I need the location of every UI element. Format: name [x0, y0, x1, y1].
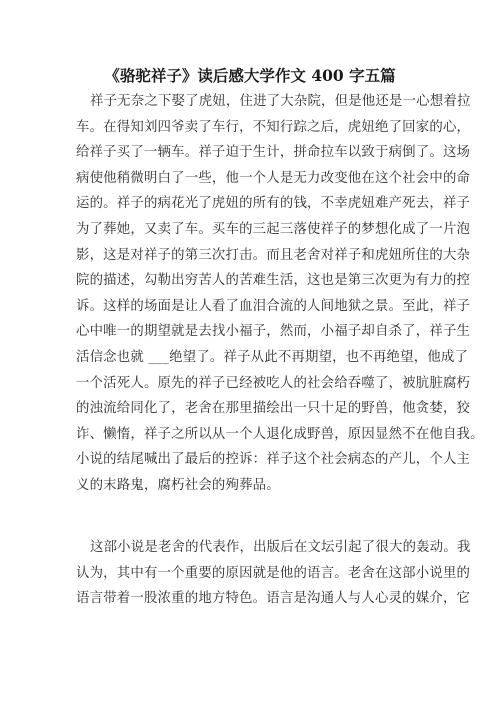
text-line: 祥子无奈之下娶了虎妞，住进了大杂院，但是他还是一心想着拉	[76, 89, 426, 115]
text-line: 义的末路鬼，腐朽社会的殉葬品。	[76, 473, 426, 499]
paragraph-1: 祥子无奈之下娶了虎妞，住进了大杂院，但是他还是一心想着拉 车。在得知刘四爷卖了车…	[76, 89, 426, 499]
text-line: 一个活死人。原先的祥子已经被吃人的社会给吞噬了，被肮脏腐朽	[76, 371, 426, 397]
text-line: 院的描述，勾勒出穷苦人的苦难生活，这也是第三次更为有力的控	[76, 268, 426, 294]
text-line: 诉。这样的场面是让人看了血泪合流的人间地狱之景。至此，祥子	[76, 294, 426, 320]
text-line: 给祥子买了一辆车。祥子迫于生计，拼命拉车以致于病倒了。这场	[76, 140, 426, 166]
text-line: 的浊流给同化了，老舍在那里描绘出一只十足的野兽，他贪婪，狡	[76, 396, 426, 422]
text-line: 病使他稍微明白了一些，他一个人是无力改变他在这个社会中的命	[76, 166, 426, 192]
document-page: 《骆驼祥子》读后感大学作文 400 字五篇 祥子无奈之下娶了虎妞，住进了大杂院，…	[0, 0, 500, 708]
text-line: 小说的结尾喊出了最后的控诉：祥子这个社会病态的产儿，个人主	[76, 447, 426, 473]
text-line: 影，这是对祥子的第三次打击。而且老舍对祥子和虎妞所住的大杂	[76, 243, 426, 269]
text-line: 诈、懒惰，祥子之所以从一个人退化成野兽，原因显然不在他自我。	[76, 422, 426, 448]
text-line: 这部小说是老舍的代表作，出版后在文坛引起了很大的轰动。我	[76, 535, 426, 561]
text-line: 为了葬她，又卖了车。买车的三起三落使祥子的梦想化成了一片泡	[76, 217, 426, 243]
text-line: 活信念也就 ___绝望了。祥子从此不再期望，也不再绝望，他成了	[76, 345, 426, 371]
text-line: 车。在得知刘四爷卖了车行，不知行踪之后，虎妞绝了回家的心，	[76, 115, 426, 141]
text-line: 语言带着一股浓重的地方特色。语言是沟通人与人心灵的媒介，它	[76, 586, 426, 612]
paragraph-2: 这部小说是老舍的代表作，出版后在文坛引起了很大的轰动。我 认为，其中有一个重要的…	[76, 535, 426, 612]
document-title: 《骆驼祥子》读后感大学作文 400 字五篇	[0, 64, 500, 86]
text-line: 运的。祥子的病花光了虎妞的所有的钱，不幸虎妞难产死去，祥子	[76, 191, 426, 217]
text-line: 心中唯一的期望就是去找小福子，然而，小福子却自杀了，祥子生	[76, 319, 426, 345]
text-line: 认为，其中有一个重要的原因就是他的语言。老舍在这部小说里的	[76, 561, 426, 587]
